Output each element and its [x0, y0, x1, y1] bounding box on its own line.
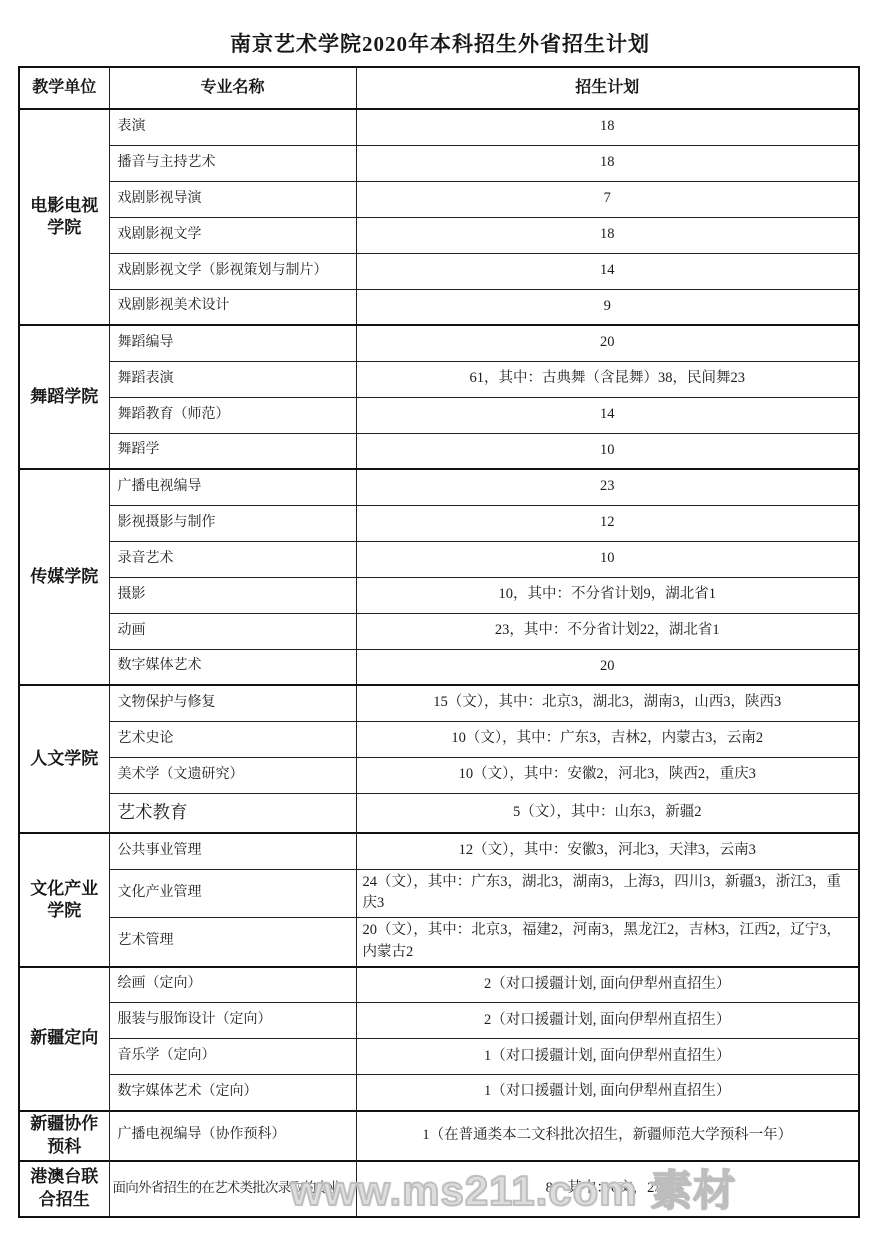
admission-plan-table: 教学单位 专业名称 招生计划 电影电视 学院 表演 18 播音与主持艺术 18 … [18, 66, 860, 1218]
major-cell: 动画 [109, 613, 356, 649]
table-row: 戏剧影视导演 7 [19, 181, 859, 217]
table-row: 播音与主持艺术 18 [19, 145, 859, 181]
plan-cell: 18 [356, 217, 859, 253]
unit-cell: 舞蹈学院 [19, 325, 109, 469]
plan-cell: 10（文），其中：广东3，吉林2，内蒙古3，云南2 [356, 721, 859, 757]
header-major-name: 专业名称 [109, 67, 356, 109]
plan-cell: 23，其中：不分省计划22，湖北省1 [356, 613, 859, 649]
major-cell: 戏剧影视美术设计 [109, 289, 356, 325]
table-row: 文化产业管理 24（文），其中：广东3，湖北3，湖南3，上海3，四川3，新疆3，… [19, 869, 859, 918]
table-row: 美术学（文遗研究） 10（文），其中：安徽2，河北3，陕西2，重庆3 [19, 757, 859, 793]
major-cell: 戏剧影视导演 [109, 181, 356, 217]
major-cell: 摄影 [109, 577, 356, 613]
major-cell: 艺术史论 [109, 721, 356, 757]
table-row: 传媒学院 广播电视编导 23 [19, 469, 859, 505]
plan-cell: 14 [356, 397, 859, 433]
table-row: 文化产业 学院 公共事业管理 12（文），其中：安徽3，河北3，天津3，云南3 [19, 833, 859, 869]
table-row: 电影电视 学院 表演 18 [19, 109, 859, 145]
table-row: 艺术教育 5（文），其中：山东3，新疆2 [19, 793, 859, 833]
table-row: 戏剧影视文学（影视策划与制片） 14 [19, 253, 859, 289]
plan-cell: 1（对口援疆计划, 面向伊犁州直招生） [356, 1075, 859, 1111]
major-cell: 表演 [109, 109, 356, 145]
table-row: 录音艺术 10 [19, 541, 859, 577]
plan-cell: 5（文），其中：山东3，新疆2 [356, 793, 859, 833]
plan-cell: 10（文），其中：安徽2，河北3，陕西2，重庆3 [356, 757, 859, 793]
plan-cell: 10 [356, 541, 859, 577]
table-row: 舞蹈学 10 [19, 433, 859, 469]
major-cell: 文物保护与修复 [109, 685, 356, 721]
unit-cell: 新疆协作 预科 [19, 1111, 109, 1161]
major-cell: 录音艺术 [109, 541, 356, 577]
major-cell: 舞蹈表演 [109, 361, 356, 397]
table-row: 戏剧影视美术设计 9 [19, 289, 859, 325]
plan-cell: 20（文），其中：北京3，福建2，河南3，黑龙江2，吉林3，江西2，辽宁3，内蒙… [356, 918, 859, 967]
table-row: 戏剧影视文学 18 [19, 217, 859, 253]
unit-cell: 港澳台联 合招生 [19, 1161, 109, 1217]
plan-cell: 8，其中：6文，2理 [356, 1161, 859, 1217]
major-cell: 美术学（文遗研究） [109, 757, 356, 793]
major-cell: 面向外省招生的在艺术类批次录取的专业 [109, 1161, 356, 1217]
major-cell: 文化产业管理 [109, 869, 356, 918]
major-cell: 影视摄影与制作 [109, 505, 356, 541]
major-cell: 公共事业管理 [109, 833, 356, 869]
plan-cell: 14 [356, 253, 859, 289]
table-row: 新疆协作 预科 广播电视编导（协作预科） 1（在普通类本二文科批次招生，新疆师范… [19, 1111, 859, 1161]
plan-cell: 1（对口援疆计划, 面向伊犁州直招生） [356, 1039, 859, 1075]
table-row: 数字媒体艺术（定向） 1（对口援疆计划, 面向伊犁州直招生） [19, 1075, 859, 1111]
unit-cell: 文化产业 学院 [19, 833, 109, 967]
header-row: 教学单位 专业名称 招生计划 [19, 67, 859, 109]
plan-cell: 12（文），其中：安徽3，河北3，天津3，云南3 [356, 833, 859, 869]
plan-cell: 10，其中：不分省计划9，湖北省1 [356, 577, 859, 613]
plan-cell: 10 [356, 433, 859, 469]
header-enrollment-plan: 招生计划 [356, 67, 859, 109]
table-row: 舞蹈表演 61，其中：古典舞（含昆舞）38，民间舞23 [19, 361, 859, 397]
table-row: 港澳台联 合招生 面向外省招生的在艺术类批次录取的专业 8，其中：6文，2理 [19, 1161, 859, 1217]
major-cell: 戏剧影视文学（影视策划与制片） [109, 253, 356, 289]
major-cell: 数字媒体艺术 [109, 649, 356, 685]
plan-cell: 61，其中：古典舞（含昆舞）38，民间舞23 [356, 361, 859, 397]
plan-cell: 2（对口援疆计划, 面向伊犁州直招生） [356, 967, 859, 1003]
major-cell: 广播电视编导（协作预科） [109, 1111, 356, 1161]
page-title: 南京艺术学院2020年本科招生外省招生计划 [0, 0, 880, 58]
plan-cell: 2（对口援疆计划, 面向伊犁州直招生） [356, 1003, 859, 1039]
unit-cell: 电影电视 学院 [19, 109, 109, 325]
major-cell: 服装与服饰设计（定向） [109, 1003, 356, 1039]
table-row: 艺术管理 20（文），其中：北京3，福建2，河南3，黑龙江2，吉林3，江西2，辽… [19, 918, 859, 967]
major-cell: 戏剧影视文学 [109, 217, 356, 253]
plan-cell: 20 [356, 325, 859, 361]
table-row: 音乐学（定向） 1（对口援疆计划, 面向伊犁州直招生） [19, 1039, 859, 1075]
major-cell: 舞蹈学 [109, 433, 356, 469]
major-cell: 数字媒体艺术（定向） [109, 1075, 356, 1111]
plan-cell: 15（文），其中：北京3，湖北3，湖南3，山西3，陕西3 [356, 685, 859, 721]
major-cell: 舞蹈教育（师范） [109, 397, 356, 433]
major-cell: 播音与主持艺术 [109, 145, 356, 181]
table-row: 艺术史论 10（文），其中：广东3，吉林2，内蒙古3，云南2 [19, 721, 859, 757]
plan-cell: 18 [356, 145, 859, 181]
plan-cell: 9 [356, 289, 859, 325]
table-row: 影视摄影与制作 12 [19, 505, 859, 541]
unit-cell: 人文学院 [19, 685, 109, 833]
major-cell: 绘画（定向） [109, 967, 356, 1003]
plan-cell: 7 [356, 181, 859, 217]
unit-cell: 传媒学院 [19, 469, 109, 685]
plan-cell: 12 [356, 505, 859, 541]
table-row: 舞蹈学院 舞蹈编导 20 [19, 325, 859, 361]
major-cell: 广播电视编导 [109, 469, 356, 505]
major-cell: 音乐学（定向） [109, 1039, 356, 1075]
plan-cell: 18 [356, 109, 859, 145]
table-row: 服装与服饰设计（定向） 2（对口援疆计划, 面向伊犁州直招生） [19, 1003, 859, 1039]
unit-cell: 新疆定向 [19, 967, 109, 1111]
table-row: 数字媒体艺术 20 [19, 649, 859, 685]
table-row: 动画 23，其中：不分省计划22，湖北省1 [19, 613, 859, 649]
plan-cell: 20 [356, 649, 859, 685]
plan-cell: 1（在普通类本二文科批次招生，新疆师范大学预科一年） [356, 1111, 859, 1161]
table-row: 人文学院 文物保护与修复 15（文），其中：北京3，湖北3，湖南3，山西3，陕西… [19, 685, 859, 721]
major-cell: 舞蹈编导 [109, 325, 356, 361]
plan-cell: 24（文），其中：广东3，湖北3，湖南3，上海3，四川3，新疆3，浙江3，重庆3 [356, 869, 859, 918]
table-row: 新疆定向 绘画（定向） 2（对口援疆计划, 面向伊犁州直招生） [19, 967, 859, 1003]
major-cell: 艺术教育 [109, 793, 356, 833]
major-cell: 艺术管理 [109, 918, 356, 967]
table-row: 舞蹈教育（师范） 14 [19, 397, 859, 433]
table-row: 摄影 10，其中：不分省计划9，湖北省1 [19, 577, 859, 613]
header-teaching-unit: 教学单位 [19, 67, 109, 109]
plan-cell: 23 [356, 469, 859, 505]
